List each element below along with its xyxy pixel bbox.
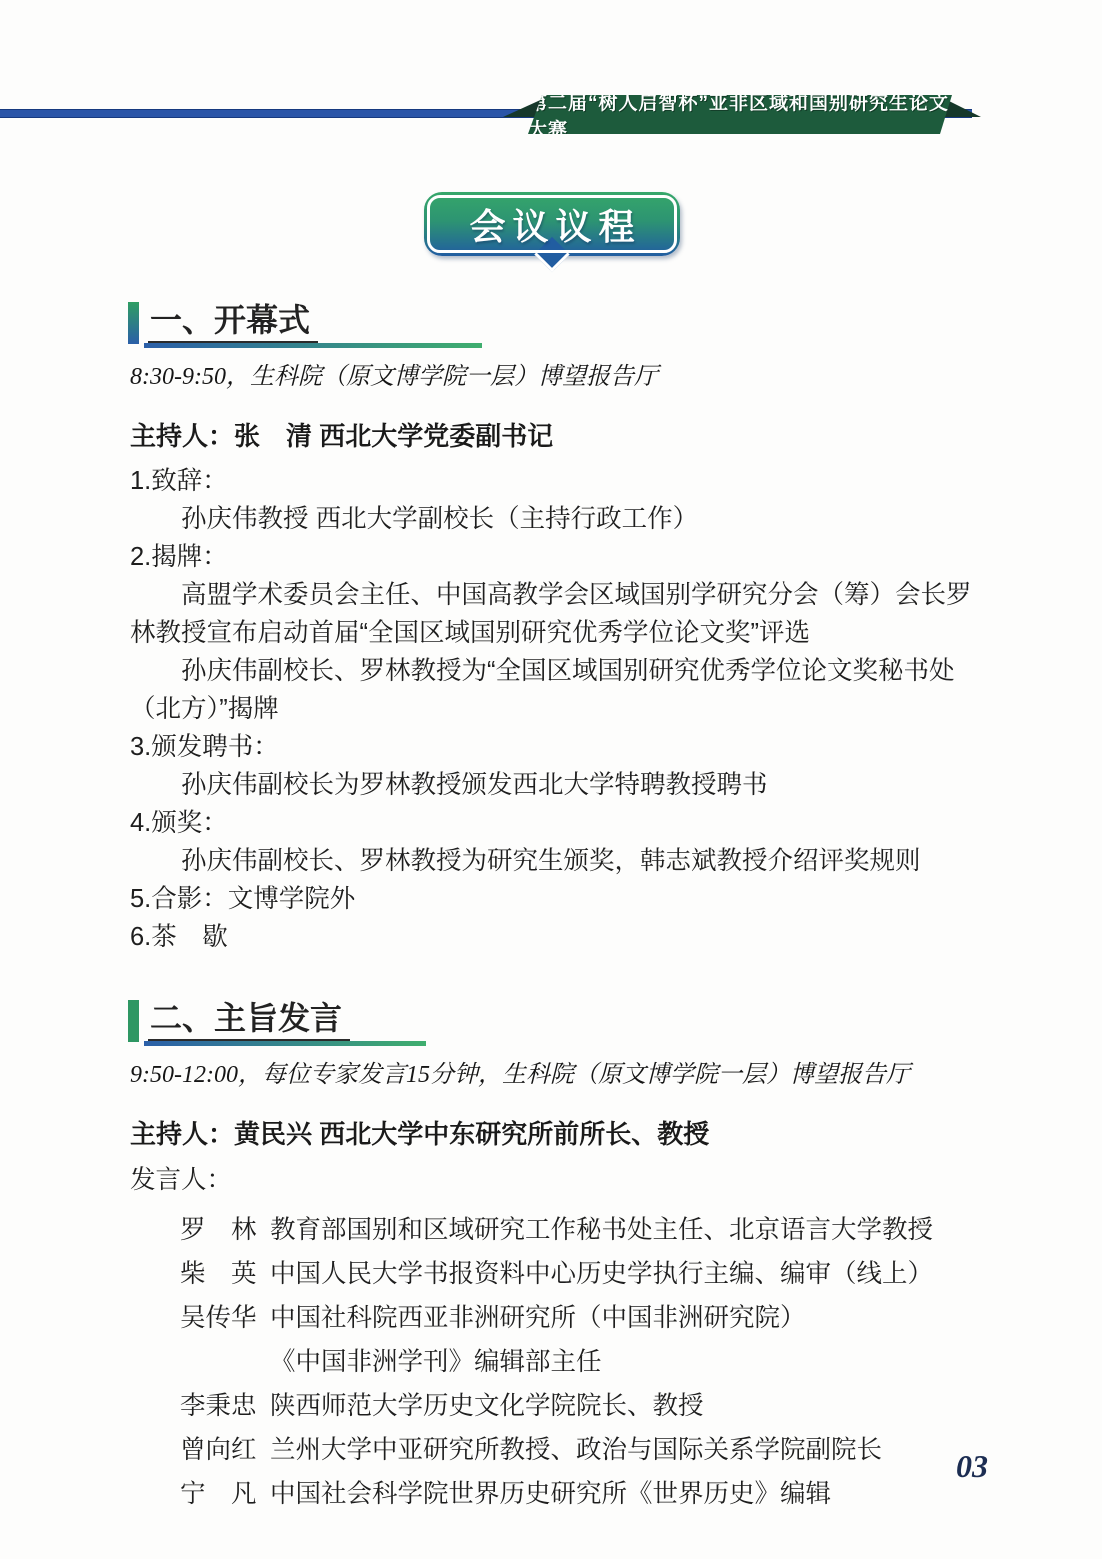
section-1-agenda-items: 1.致辞： 孙庆伟教授 西北大学副校长（主持行政工作） 2.揭牌： 高盟学术委员… bbox=[130, 462, 986, 956]
ribbon-banner-text: 第二届“树人启智杯”亚非区域和国别研究生论文大赛 bbox=[528, 95, 952, 134]
section-1-title: 一、开幕式 bbox=[148, 300, 318, 344]
section-2-heading: 二、主旨发言 bbox=[130, 998, 986, 1044]
agenda-item: 孙庆伟副校长为罗林教授颁发西北大学特聘教授聘书 bbox=[130, 766, 986, 804]
speaker-row: 李秉忠 陕西师范大学历史文化学院院长、教授 bbox=[180, 1384, 986, 1428]
speaker-description: 教育部国别和区域研究工作秘书处主任、北京语言大学教授 bbox=[270, 1208, 986, 1252]
agenda-item: 孙庆伟副校长、罗林教授为研究生颁奖，韩志斌教授介绍评奖规则 bbox=[130, 842, 986, 880]
speaker-name: 曾向红 bbox=[180, 1428, 270, 1472]
agenda-item: 6.茶 歇 bbox=[130, 918, 986, 956]
speaker-list: 罗 林 教育部国别和区域研究工作秘书处主任、北京语言大学教授 柴 英 中国人民大… bbox=[180, 1208, 986, 1516]
section-2-title: 二、主旨发言 bbox=[148, 998, 350, 1042]
page-number: 03 bbox=[956, 1448, 988, 1485]
agenda-item: 高盟学术委员会主任、中国高教学会区域国别学研究分会（筹）会长罗林教授宣布启动首届… bbox=[130, 576, 986, 652]
speaker-name: 宁 凡 bbox=[180, 1472, 270, 1516]
document-body: 一、开幕式 8:30-9:50，生科院（原文博学院一层）博望报告厅 主持人：张 … bbox=[130, 300, 986, 1516]
agenda-item: 孙庆伟副校长、罗林教授为“全国区域国别研究优秀学位论文奖秘书处（北方）”揭牌 bbox=[130, 652, 986, 728]
section-1-underline bbox=[144, 343, 482, 348]
agenda-item: 5.合影：文博学院外 bbox=[130, 880, 986, 918]
section-1-host: 主持人：张 清 西北大学党委副书记 bbox=[130, 420, 986, 452]
speaker-description: 陕西师范大学历史文化学院院长、教授 bbox=[270, 1384, 986, 1428]
speakers-label: 发言人： bbox=[130, 1160, 986, 1200]
section-1-accent-bar bbox=[128, 302, 139, 344]
section-2-host: 主持人：黄民兴 西北大学中东研究所前所长、教授 bbox=[130, 1118, 986, 1150]
agenda-title-badge: 会议议程 bbox=[424, 192, 680, 256]
speaker-description: 兰州大学中亚研究所教授、政治与国际关系学院副院长 bbox=[270, 1428, 986, 1472]
speaker-name: 柴 英 bbox=[180, 1252, 270, 1296]
speaker-name: 李秉忠 bbox=[180, 1384, 270, 1428]
agenda-item: 1.致辞： bbox=[130, 462, 986, 500]
speaker-description: 中国社科院西亚非洲研究所（中国非洲研究院） 《中国非洲学刊》编辑部主任 bbox=[270, 1296, 986, 1384]
speaker-row: 吴传华 中国社科院西亚非洲研究所（中国非洲研究院） 《中国非洲学刊》编辑部主任 bbox=[180, 1296, 986, 1384]
section-1-time-location: 8:30-9:50，生科院（原文博学院一层）博望报告厅 bbox=[130, 362, 986, 392]
speaker-row: 罗 林 教育部国别和区域研究工作秘书处主任、北京语言大学教授 bbox=[180, 1208, 986, 1252]
agenda-item: 孙庆伟教授 西北大学副校长（主持行政工作） bbox=[130, 500, 986, 538]
agenda-title: 会议议程 bbox=[424, 192, 680, 256]
speaker-name: 罗 林 bbox=[180, 1208, 270, 1252]
section-opening-ceremony: 一、开幕式 8:30-9:50，生科院（原文博学院一层）博望报告厅 主持人：张 … bbox=[130, 300, 986, 956]
speaker-row: 宁 凡 中国社会科学院世界历史研究所《世界历史》编辑 bbox=[180, 1472, 986, 1516]
speaker-name: 吴传华 bbox=[180, 1296, 270, 1384]
speaker-row: 柴 英 中国人民大学书报资料中心历史学执行主编、编审（线上） bbox=[180, 1252, 986, 1296]
agenda-item: 3.颁发聘书： bbox=[130, 728, 986, 766]
section-2-accent-bar bbox=[128, 1000, 139, 1042]
agenda-item: 4.颁奖： bbox=[130, 804, 986, 842]
header-ribbon: 第二届“树人启智杯”亚非区域和国别研究生论文大赛 bbox=[503, 95, 985, 135]
speaker-row: 曾向红 兰州大学中亚研究所教授、政治与国际关系学院副院长 bbox=[180, 1428, 986, 1472]
section-keynote-speeches: 二、主旨发言 9:50-12:00，每位专家发言15分钟，生科院（原文博学院一层… bbox=[130, 998, 986, 1516]
agenda-item: 2.揭牌： bbox=[130, 538, 986, 576]
section-2-time-location: 9:50-12:00，每位专家发言15分钟，生科院（原文博学院一层）博望报告厅 bbox=[130, 1060, 986, 1090]
speaker-description: 中国人民大学书报资料中心历史学执行主编、编审（线上） bbox=[270, 1252, 986, 1296]
section-1-heading: 一、开幕式 bbox=[130, 300, 986, 346]
section-2-underline bbox=[144, 1041, 426, 1046]
speaker-description: 中国社会科学院世界历史研究所《世界历史》编辑 bbox=[270, 1472, 986, 1516]
